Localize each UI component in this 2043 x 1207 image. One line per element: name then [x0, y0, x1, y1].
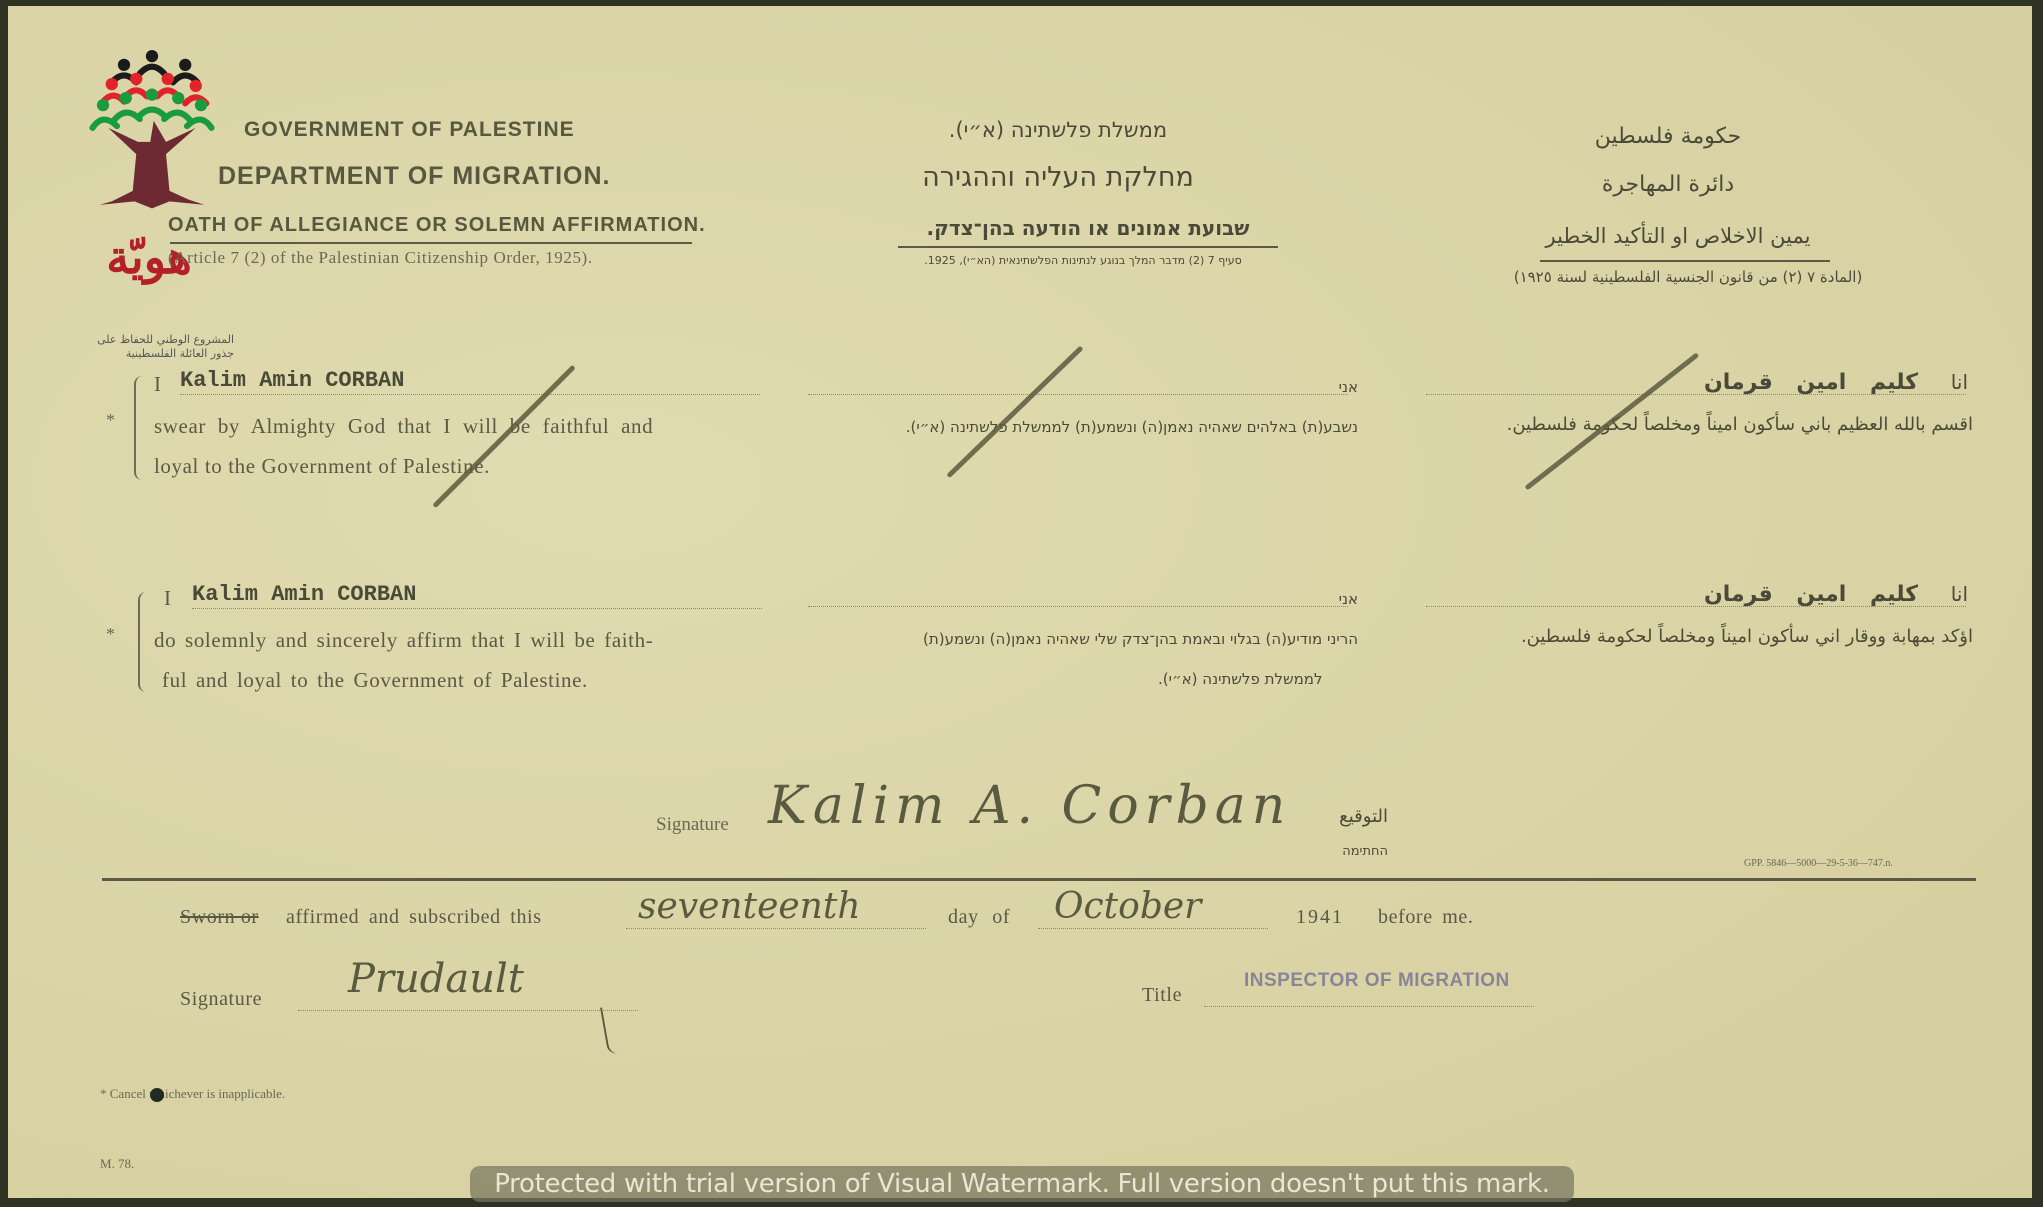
- oath-en-name: Kalim Amin CORBAN: [180, 368, 404, 393]
- affirmation-he-line1: הריני מודיע(ה) בגלוי ובאמת בהן־צדק שלי ש…: [798, 630, 1358, 648]
- family-tree-logo-icon: [82, 44, 222, 224]
- logo: هويّة المشروع الوطني للحفاظ على جذور الع…: [72, 44, 252, 354]
- affirmation-he-name-line: [808, 606, 1348, 607]
- sworn-struck: Sworn or: [180, 906, 259, 929]
- sworn-day: seventeenth: [638, 886, 861, 927]
- document-page: هويّة المشروع الوطني للحفاظ على جذور الع…: [8, 6, 2032, 1198]
- sworn-day-line: [626, 928, 926, 929]
- oath-he-name-line: [808, 394, 1348, 395]
- print-code: GPP. 5846—5000—29-5-36—747.n.: [1744, 858, 1893, 869]
- affirmation-marker: *: [106, 624, 115, 645]
- affirmation-en-name-line: [192, 608, 762, 609]
- affirmation-en-prefix: I: [164, 586, 172, 611]
- oath-ar-line1: اقسم بالله العظيم باني سأكون اميناً ومخل…: [1408, 414, 1973, 435]
- signature-label-he: החתימה: [1308, 844, 1388, 859]
- affirmation-en-name: Kalim Amin CORBAN: [192, 582, 416, 607]
- affirmation-ar-prefix: انا: [1928, 582, 1968, 606]
- declarant-signature: Kalim A. Corban: [768, 776, 1291, 836]
- sworn-text-b: day of: [948, 906, 1010, 929]
- affirmation-brace: [138, 592, 146, 692]
- officer-signature-tail: [600, 1005, 624, 1055]
- officer-signature-label: Signature: [180, 988, 262, 1011]
- signature-label-ar: التوقيع: [1308, 806, 1388, 827]
- affirmation-ar-name: كليم امين قرمان: [1648, 582, 1918, 607]
- oath-he-line1: נשבע(ת) באלהים שאהיה נאמן(ה) ונשמע(ת) למ…: [798, 418, 1358, 436]
- header-ar-line2: دائرة المهاجرة: [1568, 172, 1768, 197]
- ink-blot: [150, 1088, 164, 1102]
- header-he-line1: ממשלת פלשתינה (א״י).: [908, 118, 1208, 142]
- officer-title-label: Title: [1142, 984, 1182, 1007]
- oath-brace: [134, 376, 142, 480]
- header-he-title: שבועת אמונים או הודעה בהן־צדק.: [888, 216, 1288, 240]
- header-ar-underline: [1540, 260, 1830, 262]
- affirmation-en-line1: do solemnly and sincerely affirm that I …: [154, 628, 653, 653]
- officer-signature-line: [298, 1010, 638, 1011]
- oath-en-name-line: [180, 394, 760, 395]
- sworn-text-a: affirmed and subscribed this: [286, 906, 542, 929]
- header-he-line2: מחלקת העליה וההגירה: [888, 162, 1228, 193]
- header-ar-title: يمين الاخلاص او التأكيد الخطير: [1528, 224, 1828, 248]
- officer-title-line: [1204, 1006, 1534, 1007]
- header-ar-reference: (المادة ٧ (٢) من قانون الجنسية الفلسطيني…: [1478, 268, 1898, 286]
- logo-tagline-2: جذور العائلة الفلسطينية: [72, 346, 234, 361]
- logo-tagline-1: المشروع الوطني للحفاظ على: [72, 332, 234, 347]
- oath-en-line2: loyal to the Government of Palestine.: [154, 454, 490, 479]
- affirmation-ar-line1: اؤكد بمهابة ووقار اني سأكون اميناً ومخلص…: [1408, 626, 1973, 647]
- affirmation-he-line2: לממשלת פלשתינה (א״י).: [798, 670, 1718, 688]
- sworn-month: October: [1054, 886, 1201, 927]
- section-divider: [102, 878, 1976, 881]
- form-number: M. 78.: [100, 1156, 134, 1172]
- footnote: * Cancel whichever is inapplicable.: [100, 1086, 285, 1102]
- header-he-reference: סעיף 7 (2) מדבר המלך בנוגע לנתינות הפלשת…: [868, 254, 1298, 267]
- header-ar-line1: حكومة فلسطين: [1568, 124, 1768, 149]
- oath-marker: *: [106, 410, 115, 431]
- oath-ar-name: كليم امين قرمان: [1648, 370, 1918, 395]
- header-he-underline: [898, 246, 1278, 248]
- header-en-line1: GOVERNMENT OF PALESTINE: [244, 118, 575, 142]
- affirmation-ar-name-line: [1426, 606, 1966, 607]
- header-en-title: OATH OF ALLEGIANCE OR SOLEMN AFFIRMATION…: [168, 214, 706, 237]
- sworn-year: 1941: [1296, 906, 1344, 929]
- trial-watermark: Protected with trial version of Visual W…: [470, 1166, 1574, 1202]
- oath-ar-name-line: [1426, 394, 1966, 395]
- affirmation-en-line2: ful and loyal to the Government of Pales…: [162, 668, 588, 693]
- header-en-reference: (Article 7 (2) of the Palestinian Citize…: [168, 248, 593, 268]
- oath-en-line1: swear by Almighty God that I will be fai…: [154, 414, 653, 439]
- oath-he-strikeout: [946, 345, 1083, 478]
- officer-signature: Prudault: [348, 956, 524, 1002]
- header-en-underline: [170, 242, 692, 244]
- officer-title-stamp: INSPECTOR OF MIGRATION: [1244, 970, 1510, 992]
- oath-en-prefix: I: [154, 372, 162, 397]
- header-en-line2: DEPARTMENT OF MIGRATION.: [218, 162, 611, 191]
- sworn-month-line: [1038, 928, 1268, 929]
- oath-ar-prefix: انا: [1928, 370, 1968, 394]
- signature-label: Signature: [656, 814, 729, 836]
- sworn-text-c: before me.: [1378, 906, 1474, 929]
